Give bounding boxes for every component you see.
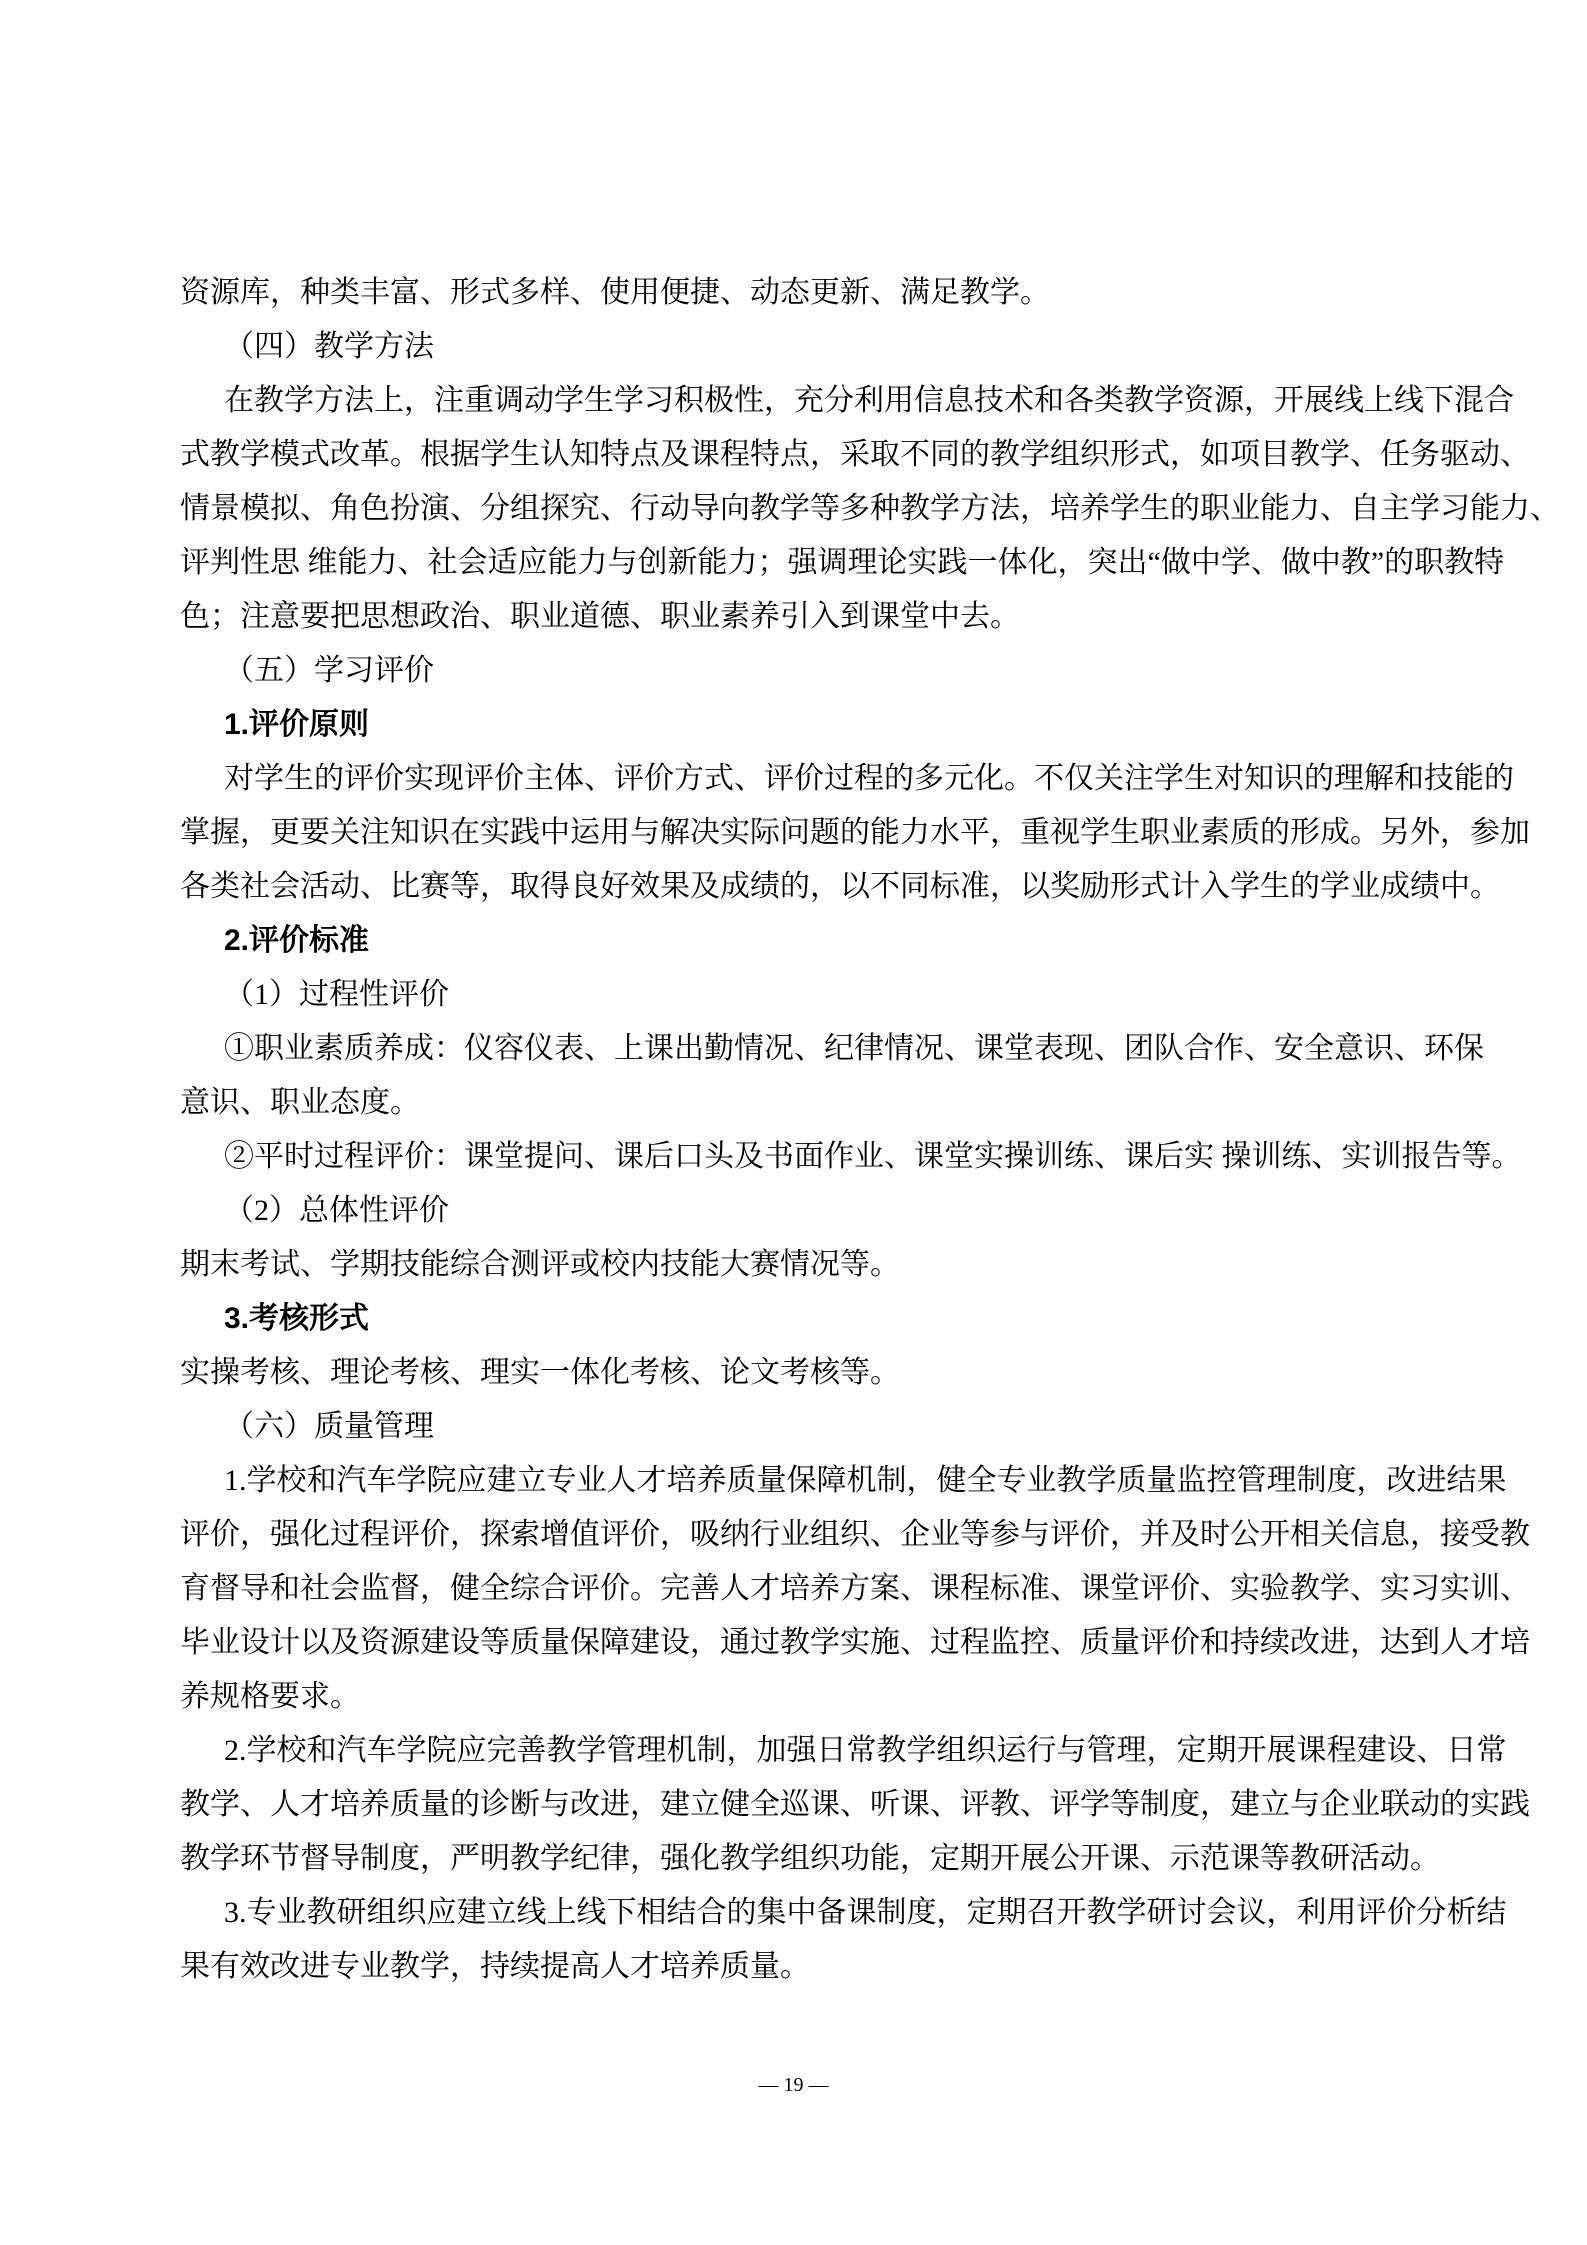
text-line: （2）总体性评价 — [180, 1184, 1555, 1238]
text-line: 1.评价原则 — [180, 698, 1555, 752]
text-line: 教学环节督导制度，严明教学纪律，强化教学组织功能，定期开展公开课、示范课等教研活… — [180, 1832, 1555, 1886]
text-line: 2.评价标准 — [180, 914, 1555, 968]
document-body: 资源库，种类丰富、形式多样、使用便捷、动态更新、满足教学。（四）教学方法在教学方… — [180, 266, 1555, 1994]
page-number: — 19 — — [0, 2072, 1587, 2098]
text-line: 1.学校和汽车学院应建立专业人才培养质量保障机制，健全专业教学质量监控管理制度，… — [180, 1454, 1555, 1508]
text-line: 毕业设计以及资源建设等质量保障建设，通过教学实施、过程监控、质量评价和持续改进，… — [180, 1616, 1555, 1670]
text-line: 果有效改进专业教学，持续提高人才培养质量。 — [180, 1940, 1555, 1994]
text-line: 式教学模式改革。根据学生认知特点及课程特点，采取不同的教学组织形式，如项目教学、… — [180, 428, 1555, 482]
text-line: 评价，强化过程评价，探索增值评价，吸纳行业组织、企业等参与评价，并及时公开相关信… — [180, 1508, 1555, 1562]
text-line: 3.专业教研组织应建立线上线下相结合的集中备课制度，定期召开教学研讨会议，利用评… — [180, 1886, 1555, 1940]
document-page: 资源库，种类丰富、形式多样、使用便捷、动态更新、满足教学。（四）教学方法在教学方… — [0, 0, 1587, 2245]
text-line: 色；注意要把思想政治、职业道德、职业素养引入到课堂中去。 — [180, 590, 1555, 644]
text-line: （五）学习评价 — [180, 644, 1555, 698]
text-line: （六）质量管理 — [180, 1400, 1555, 1454]
text-line: 掌握，更要关注知识在实践中运用与解决实际问题的能力水平，重视学生职业素质的形成。… — [180, 806, 1555, 860]
text-line: 评判性思 维能力、社会适应能力与创新能力；强调理论实践一体化，突出“做中学、做中… — [180, 536, 1555, 590]
text-line: 各类社会活动、比赛等，取得良好效果及成绩的，以不同标准，以奖励形式计入学生的学业… — [180, 860, 1555, 914]
text-line: 实操考核、理论考核、理实一体化考核、论文考核等。 — [180, 1346, 1555, 1400]
text-line: （四）教学方法 — [180, 320, 1555, 374]
text-line: 对学生的评价实现评价主体、评价方式、评价过程的多元化。不仅关注学生对知识的理解和… — [180, 752, 1555, 806]
text-line: 期末考试、学期技能综合测评或校内技能大赛情况等。 — [180, 1238, 1555, 1292]
text-line: 养规格要求。 — [180, 1670, 1555, 1724]
text-line: 育督导和社会监督，健全综合评价。完善人才培养方案、课程标准、课堂评价、实验教学、… — [180, 1562, 1555, 1616]
text-line: 教学、人才培养质量的诊断与改进，建立健全巡课、听课、评教、评学等制度，建立与企业… — [180, 1778, 1555, 1832]
text-line: 在教学方法上，注重调动学生学习积极性，充分利用信息技术和各类教学资源，开展线上线… — [180, 374, 1555, 428]
text-line: 资源库，种类丰富、形式多样、使用便捷、动态更新、满足教学。 — [180, 266, 1555, 320]
text-line: 3.考核形式 — [180, 1292, 1555, 1346]
text-line: ②平时过程评价：课堂提问、课后口头及书面作业、课堂实操训练、课后实 操训练、实训… — [180, 1130, 1555, 1184]
text-line: 2.学校和汽车学院应完善教学管理机制，加强日常教学组织运行与管理，定期开展课程建… — [180, 1724, 1555, 1778]
text-line: 意识、职业态度。 — [180, 1076, 1555, 1130]
text-line: 情景模拟、角色扮演、分组探究、行动导向教学等多种教学方法，培养学生的职业能力、自… — [180, 482, 1555, 536]
text-line: （1）过程性评价 — [180, 968, 1555, 1022]
text-line: ①职业素质养成：仪容仪表、上课出勤情况、纪律情况、课堂表现、团队合作、安全意识、… — [180, 1022, 1555, 1076]
